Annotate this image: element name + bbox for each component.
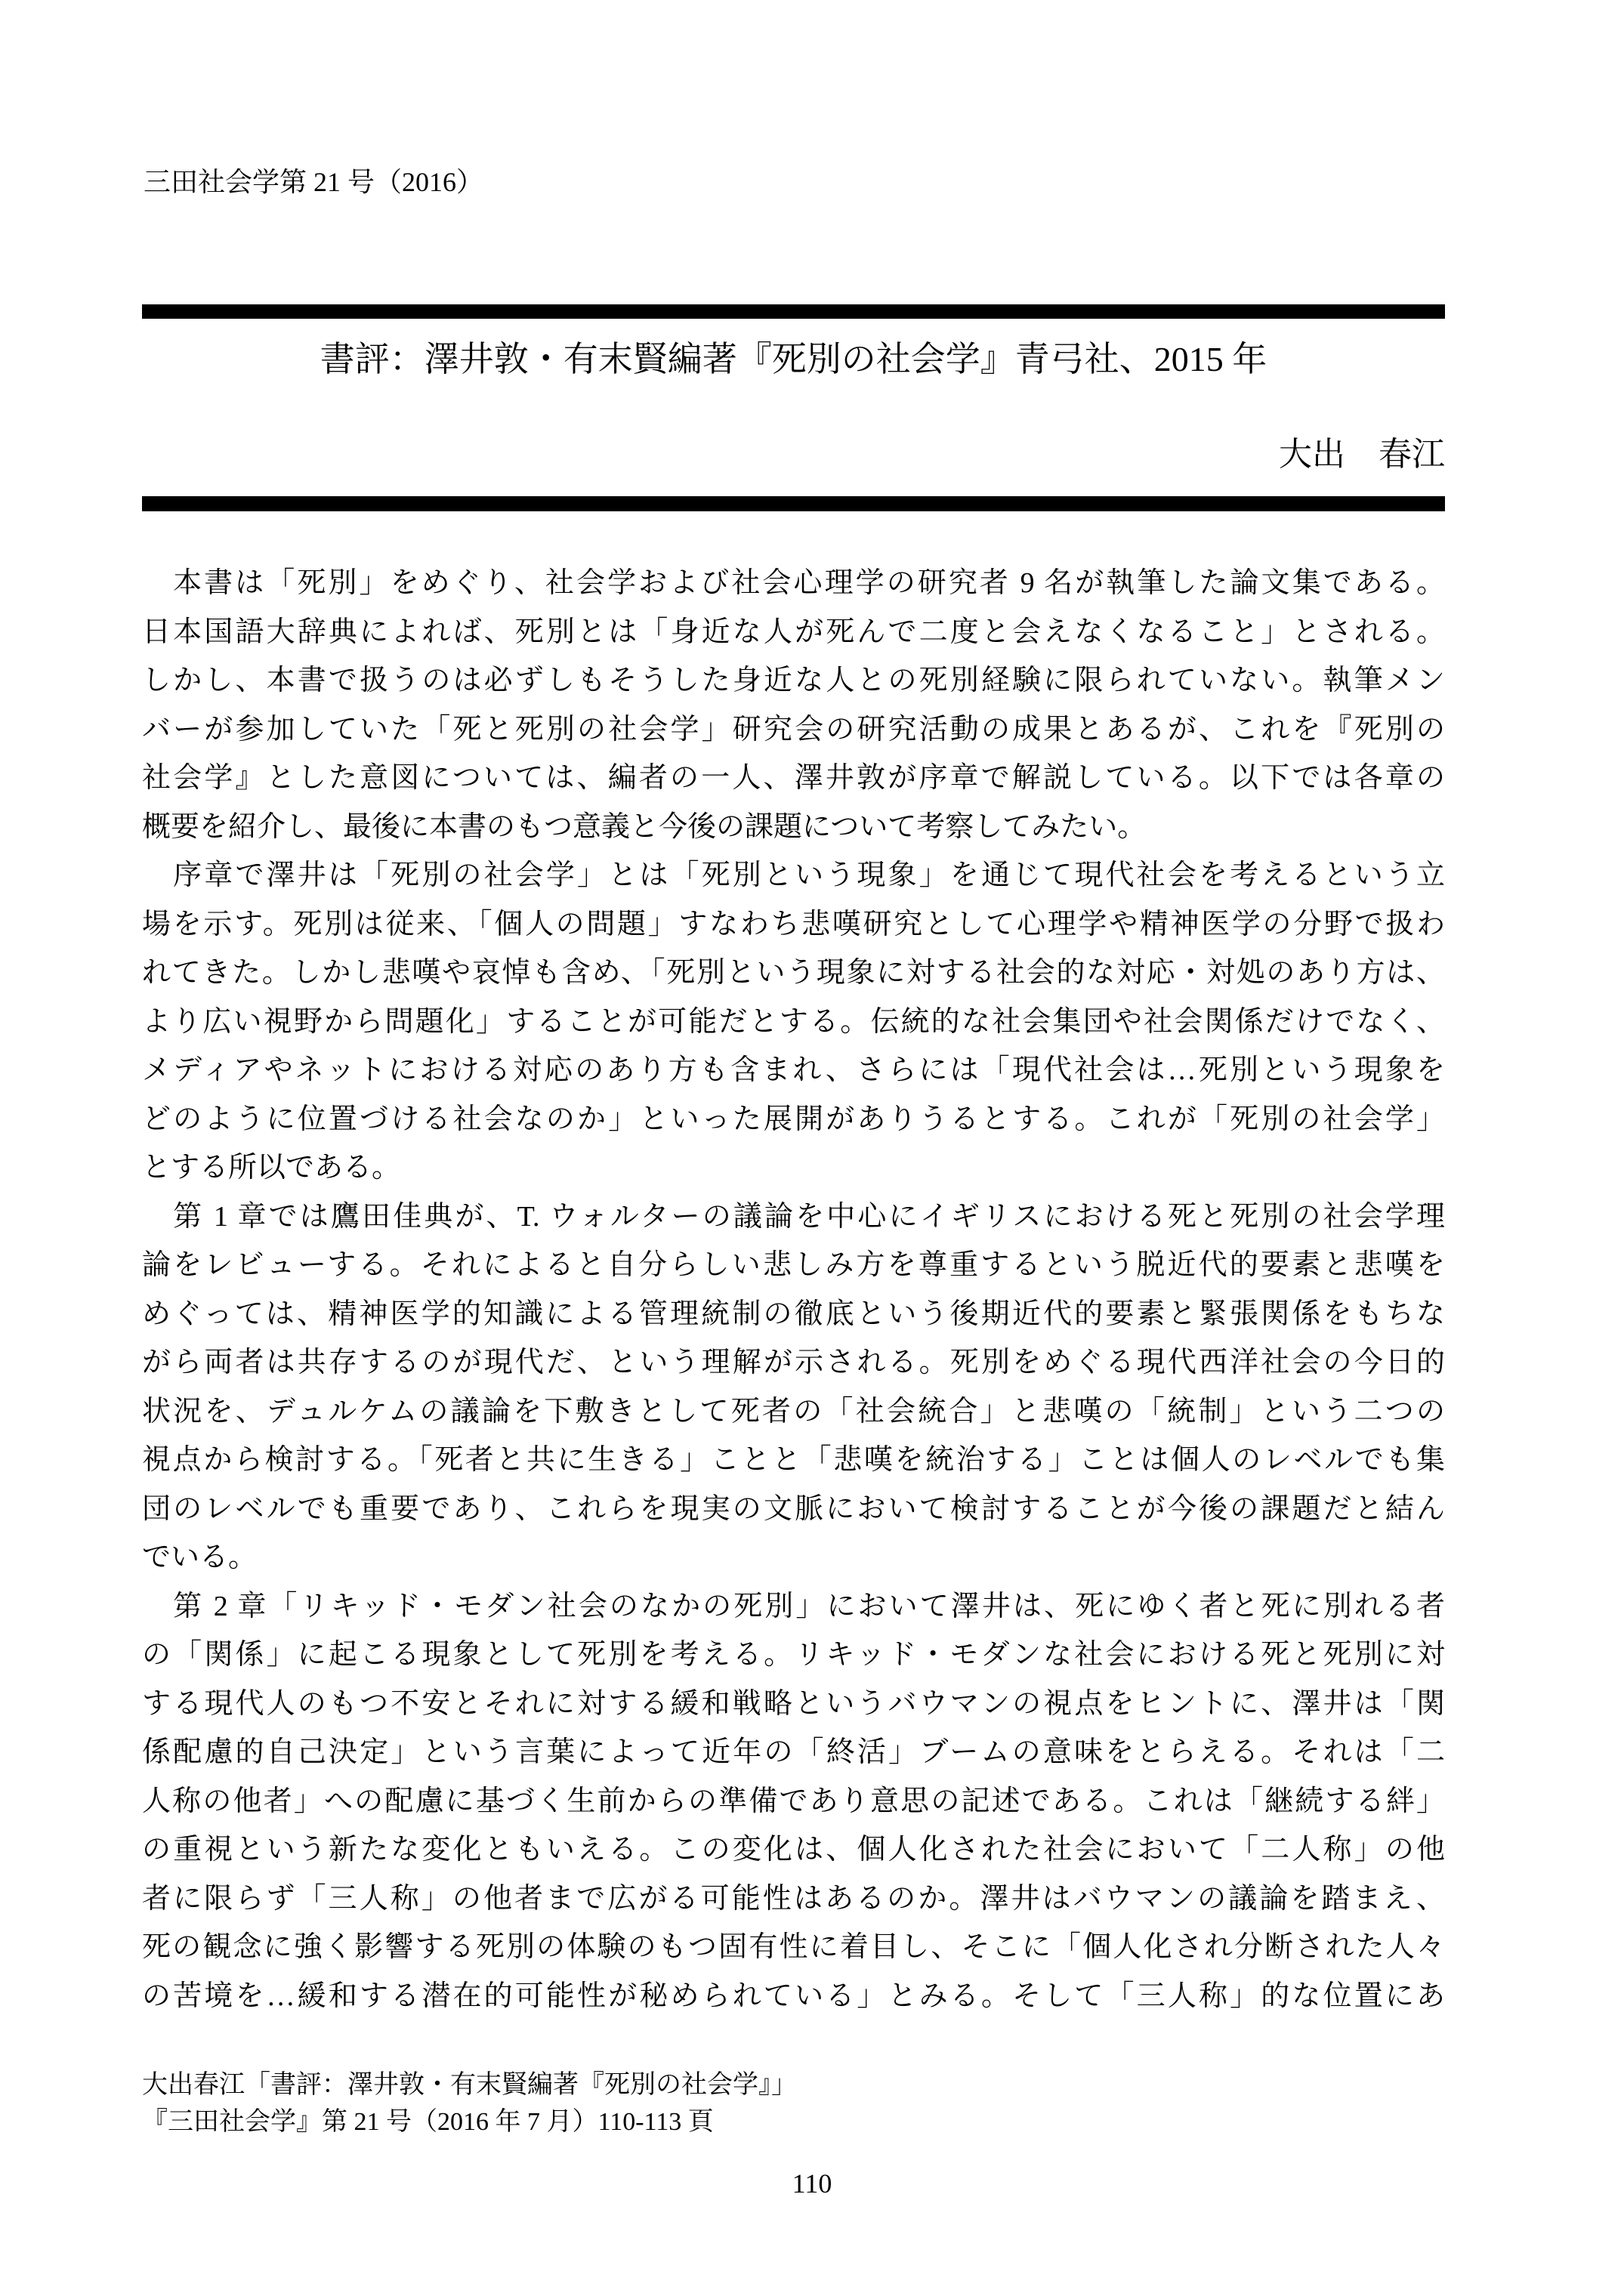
- body-line: 死の観念に強く影響する死別の体験のもつ固有性に着目し、そこに「個人化され分断され…: [142, 1923, 1445, 1972]
- footer-citation-line-1: 大出春江「書評：澤井敦・有末賢編著『死別の社会学』」: [142, 2066, 1445, 2103]
- body-line: 論をレビューする。それによると自分らしい悲しみ方を尊重するという脱近代的要素と悲…: [142, 1241, 1445, 1290]
- body-line: の重視という新たな変化ともいえる。この変化は、個人化された社会において「二人称」…: [142, 1825, 1445, 1875]
- body-line: バーが参加していた「死と死別の社会学」研究会の研究活動の成果とあるが、これを『死…: [142, 705, 1445, 755]
- body-line: 者に限らず「三人称」の他者まで広がる可能性はあるのか。澤井はバウマンの議論を踏ま…: [142, 1875, 1445, 1924]
- body-line: 第 1 章では鷹田佳典が、T. ウォルターの議論を中心にイギリスにおける死と死別…: [142, 1193, 1445, 1242]
- body-line: 日本国語大辞典によれば、死別とは「身近な人が死んで二度と会えなくなること」とされ…: [142, 608, 1445, 657]
- body-line: 序章で澤井は「死別の社会学」とは「死別という現象」を通じて現代社会を考えるという…: [142, 851, 1445, 900]
- body-line: より広い視野から問題化」することが可能だとする。伝統的な社会集団や社会関係だけで…: [142, 998, 1445, 1047]
- title-rule-bottom: [142, 496, 1445, 511]
- body-line: の「関係」に起こる現象として死別を考える。リキッド・モダンな社会における死と死別…: [142, 1631, 1445, 1680]
- title-rule-top: [142, 304, 1445, 319]
- author-name: 大出 春江: [142, 435, 1445, 475]
- journal-header: 三田社会学第 21 号（2016）: [144, 168, 483, 198]
- body-line: しかし、本書で扱うのは必ずしもそうした身近な人との死別経験に限られていない。執筆…: [142, 656, 1445, 705]
- body-text: 本書は「死別」をめぐり、社会学および社会心理学の研究者 9 名が執筆した論文集で…: [142, 559, 1445, 2020]
- body-line: 第 2 章「リキッド・モダン社会のなかの死別」において澤井は、死にゆく者と死に別…: [142, 1582, 1445, 1631]
- body-line: 本書は「死別」をめぐり、社会学および社会心理学の研究者 9 名が執筆した論文集で…: [142, 559, 1445, 608]
- footer-citation: 大出春江「書評：澤井敦・有末賢編著『死別の社会学』」 『三田社会学』第 21 号…: [142, 2066, 1445, 2140]
- body-line: とする所以である。: [142, 1143, 1445, 1193]
- body-line: の苦境を…緩和する潜在的可能性が秘められている」とみる。そして「三人称」的な位置…: [142, 1972, 1445, 2021]
- body-line: 係配慮的自己決定」という言葉によって近年の「終活」ブームの意味をとらえる。それは…: [142, 1728, 1445, 1777]
- body-line: 団のレベルでも重要であり、これらを現実の文脈において検討することが今後の課題だと…: [142, 1485, 1445, 1534]
- journal-page: 三田社会学第 21 号（2016） 書評：澤井敦・有末賢編著『死別の社会学』青弓…: [0, 0, 1624, 2293]
- body-line: 人称の他者」への配慮に基づく生前からの準備であり意思の記述である。これは「継続す…: [142, 1777, 1445, 1826]
- body-line: がら両者は共存するのが現代だ、という理解が示される。死別をめぐる現代西洋社会の今…: [142, 1338, 1445, 1387]
- body-line: どのように位置づける社会なのか」といった展開がありうるとする。これが「死別の社会…: [142, 1095, 1445, 1144]
- body-line: 場を示す。死別は従来、「個人の問題」すなわち悲嘆研究として心理学や精神医学の分野…: [142, 900, 1445, 949]
- body-line: でいる。: [142, 1533, 1445, 1582]
- body-line: する現代人のもつ不安とそれに対する緩和戦略というバウマンの視点をヒントに、澤井は…: [142, 1680, 1445, 1729]
- body-line: 状況を、デュルケムの議論を下敷きとして死者の「社会統合」と悲嘆の「統制」という二…: [142, 1387, 1445, 1437]
- body-line: 社会学』とした意図については、編者の一人、澤井敦が序章で解説している。以下では各…: [142, 754, 1445, 803]
- body-line: めぐっては、精神医学的知識による管理統制の徹底という後期近代的要素と緊張関係をも…: [142, 1290, 1445, 1339]
- footer-citation-line-2: 『三田社会学』第 21 号（2016 年 7 月）110-113 頁: [142, 2103, 1445, 2140]
- page-number: 110: [0, 2168, 1624, 2200]
- review-title: 書評：澤井敦・有末賢編著『死別の社会学』青弓社、2015 年: [142, 338, 1445, 380]
- body-line: メディアやネットにおける対応のあり方も含まれ、さらには「現代社会は…死別という現…: [142, 1046, 1445, 1095]
- body-line: 視点から検討する。「死者と共に生きる」ことと「悲嘆を統治する」ことは個人のレベル…: [142, 1436, 1445, 1485]
- body-line: 概要を紹介し、最後に本書のもつ意義と今後の課題について考察してみたい。: [142, 803, 1445, 852]
- body-line: れてきた。しかし悲嘆や哀悼も含め、「死別という現象に対する社会的な対応・対処のあ…: [142, 949, 1445, 998]
